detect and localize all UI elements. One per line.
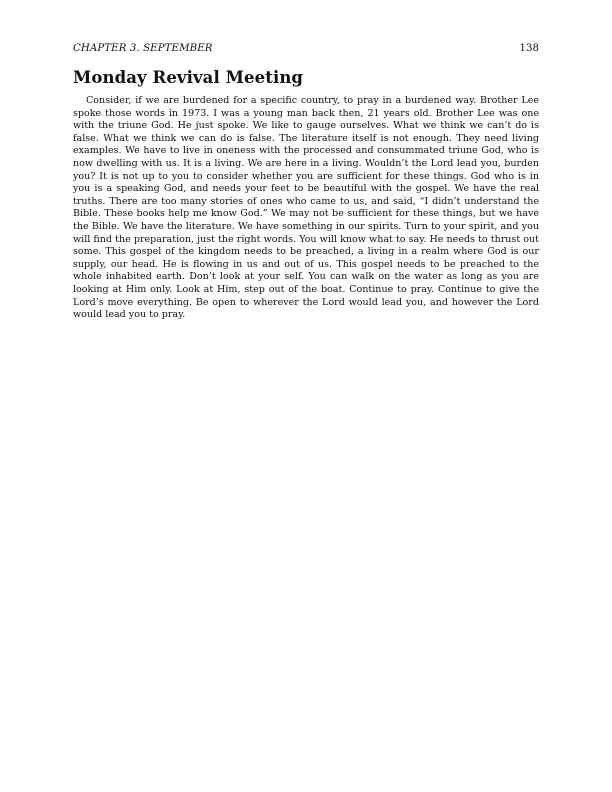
body-paragraph: Consider, if we are burdened for a speci…: [73, 95, 539, 322]
running-header: CHAPTER 3. SEPTEMBER 138: [73, 43, 539, 57]
section-title: Monday Revival Meeting: [73, 68, 303, 87]
document-page: CHAPTER 3. SEPTEMBER 138 Monday Revival …: [0, 0, 612, 792]
page-number: 138: [520, 43, 539, 54]
chapter-heading: CHAPTER 3. SEPTEMBER: [73, 43, 213, 54]
